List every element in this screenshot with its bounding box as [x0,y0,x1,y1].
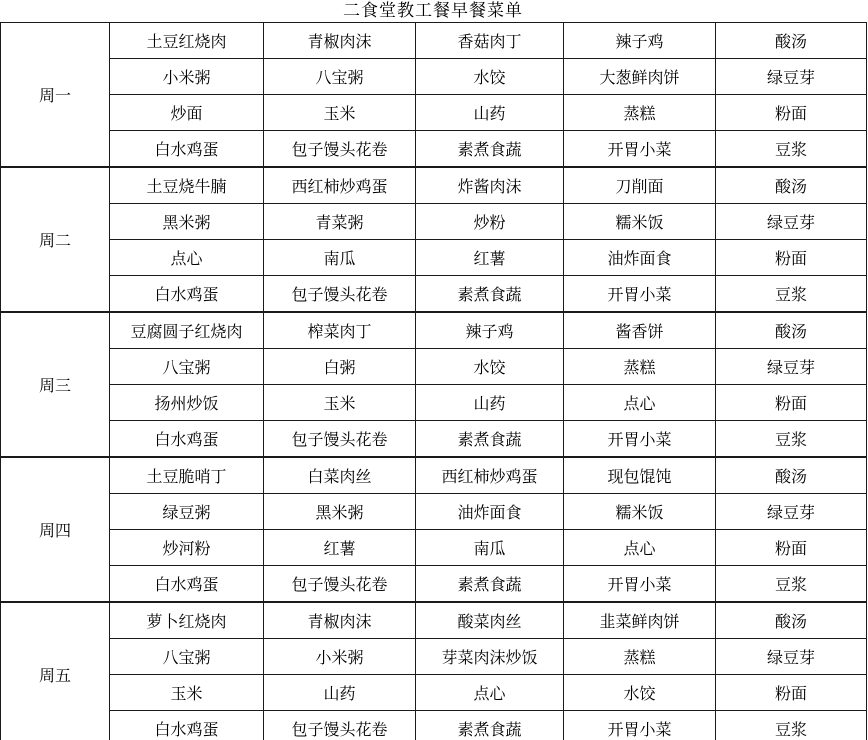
menu-cell: 点心 [110,240,264,276]
menu-cell: 白水鸡蛋 [110,711,264,740]
menu-cell: 素煮食蔬 [416,131,564,168]
menu-cell: 酸汤 [716,312,867,349]
menu-cell: 白水鸡蛋 [110,276,264,313]
menu-cell: 炒河粉 [110,530,264,566]
table-row: 黑米粥 青菜粥 炒粉 糯米饭 绿豆芽 [1,204,867,240]
document-page: 二食堂教工餐早餐菜单 周一 土豆红烧肉 青椒肉沫 香菇肉丁 辣子鸡 酸汤 小米粥… [0,0,868,740]
menu-cell: 八宝粥 [110,639,264,675]
menu-cell: 刀削面 [564,167,716,204]
table-row: 周五 萝卜红烧肉 青椒肉沫 酸菜肉丝 韭菜鲜肉饼 酸汤 [1,602,867,639]
table-row: 绿豆粥 黑米粥 油炸面食 糯米饭 绿豆芽 [1,494,867,530]
menu-cell: 南瓜 [264,240,416,276]
menu-cell: 糯米饭 [564,204,716,240]
menu-cell: 扬州炒饭 [110,385,264,421]
menu-cell: 白菜肉丝 [264,457,416,494]
table-row: 玉米 山药 点心 水饺 粉面 [1,675,867,711]
menu-cell: 小米粥 [110,59,264,95]
table-row: 白水鸡蛋 包子馒头花卷 素煮食蔬 开胃小菜 豆浆 [1,276,867,313]
table-row: 炒面 玉米 山药 蒸糕 粉面 [1,95,867,131]
menu-cell: 绿豆粥 [110,494,264,530]
menu-cell: 水饺 [416,59,564,95]
menu-cell: 大葱鲜肉饼 [564,59,716,95]
menu-cell: 粉面 [716,240,867,276]
menu-cell: 山药 [264,675,416,711]
menu-cell: 开胃小菜 [564,276,716,313]
menu-cell: 点心 [416,675,564,711]
menu-cell: 包子馒头花卷 [264,566,416,603]
menu-cell: 豆浆 [716,421,867,458]
day-label-thursday: 周四 [1,457,110,602]
menu-cell: 榨菜肉丁 [264,312,416,349]
table-row: 八宝粥 白粥 水饺 蒸糕 绿豆芽 [1,349,867,385]
menu-cell: 青椒肉沫 [264,602,416,639]
table-row: 周二 土豆烧牛腩 西红柿炒鸡蛋 炸酱肉沫 刀削面 酸汤 [1,167,867,204]
menu-cell: 蒸糕 [564,639,716,675]
table-row: 白水鸡蛋 包子馒头花卷 素煮食蔬 开胃小菜 豆浆 [1,711,867,740]
menu-cell: 黑米粥 [264,494,416,530]
menu-cell: 辣子鸡 [416,312,564,349]
table-row: 扬州炒饭 玉米 山药 点心 粉面 [1,385,867,421]
menu-cell: 粉面 [716,675,867,711]
menu-cell: 绿豆芽 [716,349,867,385]
menu-cell: 开胃小菜 [564,566,716,603]
menu-cell: 土豆脆哨丁 [110,457,264,494]
menu-cell: 豆浆 [716,566,867,603]
menu-cell: 素煮食蔬 [416,421,564,458]
menu-cell: 西红柿炒鸡蛋 [416,457,564,494]
menu-cell: 粉面 [716,385,867,421]
menu-cell: 白粥 [264,349,416,385]
menu-cell: 香菇肉丁 [416,23,564,59]
menu-cell: 土豆红烧肉 [110,23,264,59]
day-label-tuesday: 周二 [1,167,110,312]
day-label-friday: 周五 [1,602,110,740]
menu-cell: 豆浆 [716,276,867,313]
menu-cell: 豆腐圆子红烧肉 [110,312,264,349]
menu-cell: 素煮食蔬 [416,276,564,313]
day-label-monday: 周一 [1,23,110,168]
menu-cell: 现包馄饨 [564,457,716,494]
menu-cell: 绿豆芽 [716,494,867,530]
table-row: 白水鸡蛋 包子馒头花卷 素煮食蔬 开胃小菜 豆浆 [1,131,867,168]
menu-cell: 八宝粥 [110,349,264,385]
menu-cell: 酸汤 [716,23,867,59]
menu-cell: 油炸面食 [564,240,716,276]
menu-cell: 蒸糕 [564,349,716,385]
menu-cell: 包子馒头花卷 [264,421,416,458]
menu-cell: 绿豆芽 [716,204,867,240]
menu-cell: 包子馒头花卷 [264,131,416,168]
table-row: 小米粥 八宝粥 水饺 大葱鲜肉饼 绿豆芽 [1,59,867,95]
menu-cell: 水饺 [416,349,564,385]
menu-cell: 芽菜肉沫炒饭 [416,639,564,675]
menu-cell: 蒸糕 [564,95,716,131]
menu-cell: 粉面 [716,530,867,566]
menu-cell: 酸菜肉丝 [416,602,564,639]
menu-cell: 酸汤 [716,602,867,639]
table-row: 周一 土豆红烧肉 青椒肉沫 香菇肉丁 辣子鸡 酸汤 [1,23,867,59]
menu-cell: 韭菜鲜肉饼 [564,602,716,639]
menu-cell: 白水鸡蛋 [110,131,264,168]
menu-cell: 玉米 [264,95,416,131]
menu-cell: 萝卜红烧肉 [110,602,264,639]
menu-cell: 炒粉 [416,204,564,240]
menu-cell: 素煮食蔬 [416,566,564,603]
menu-cell: 山药 [416,95,564,131]
menu-cell: 山药 [416,385,564,421]
menu-cell: 点心 [564,530,716,566]
menu-cell: 土豆烧牛腩 [110,167,264,204]
day-label-wednesday: 周三 [1,312,110,457]
menu-cell: 南瓜 [416,530,564,566]
table-row: 周四 土豆脆哨丁 白菜肉丝 西红柿炒鸡蛋 现包馄饨 酸汤 [1,457,867,494]
menu-cell: 粉面 [716,95,867,131]
menu-cell: 水饺 [564,675,716,711]
menu-cell: 绿豆芽 [716,59,867,95]
table-row: 炒河粉 红薯 南瓜 点心 粉面 [1,530,867,566]
breakfast-menu-table: 周一 土豆红烧肉 青椒肉沫 香菇肉丁 辣子鸡 酸汤 小米粥 八宝粥 水饺 大葱鲜… [0,22,867,740]
menu-cell: 开胃小菜 [564,711,716,740]
menu-cell: 酸汤 [716,167,867,204]
menu-cell: 白水鸡蛋 [110,566,264,603]
table-row: 八宝粥 小米粥 芽菜肉沫炒饭 蒸糕 绿豆芽 [1,639,867,675]
menu-cell: 炸酱肉沫 [416,167,564,204]
menu-cell: 素煮食蔬 [416,711,564,740]
menu-cell: 辣子鸡 [564,23,716,59]
menu-cell: 小米粥 [264,639,416,675]
menu-cell: 酸汤 [716,457,867,494]
menu-cell: 玉米 [264,385,416,421]
menu-cell: 开胃小菜 [564,131,716,168]
menu-cell: 糯米饭 [564,494,716,530]
menu-cell: 白水鸡蛋 [110,421,264,458]
menu-cell: 红薯 [264,530,416,566]
menu-cell: 青椒肉沫 [264,23,416,59]
table-row: 白水鸡蛋 包子馒头花卷 素煮食蔬 开胃小菜 豆浆 [1,421,867,458]
menu-cell: 豆浆 [716,711,867,740]
menu-cell: 豆浆 [716,131,867,168]
menu-cell: 油炸面食 [416,494,564,530]
menu-cell: 八宝粥 [264,59,416,95]
menu-cell: 酱香饼 [564,312,716,349]
menu-cell: 西红柿炒鸡蛋 [264,167,416,204]
menu-cell: 红薯 [416,240,564,276]
table-row: 白水鸡蛋 包子馒头花卷 素煮食蔬 开胃小菜 豆浆 [1,566,867,603]
menu-cell: 包子馒头花卷 [264,276,416,313]
menu-cell: 包子馒头花卷 [264,711,416,740]
table-row: 点心 南瓜 红薯 油炸面食 粉面 [1,240,867,276]
menu-cell: 炒面 [110,95,264,131]
menu-cell: 玉米 [110,675,264,711]
menu-cell: 开胃小菜 [564,421,716,458]
table-row: 周三 豆腐圆子红烧肉 榨菜肉丁 辣子鸡 酱香饼 酸汤 [1,312,867,349]
page-title: 二食堂教工餐早餐菜单 [0,0,866,22]
menu-cell: 青菜粥 [264,204,416,240]
menu-cell: 绿豆芽 [716,639,867,675]
menu-cell: 黑米粥 [110,204,264,240]
menu-cell: 点心 [564,385,716,421]
